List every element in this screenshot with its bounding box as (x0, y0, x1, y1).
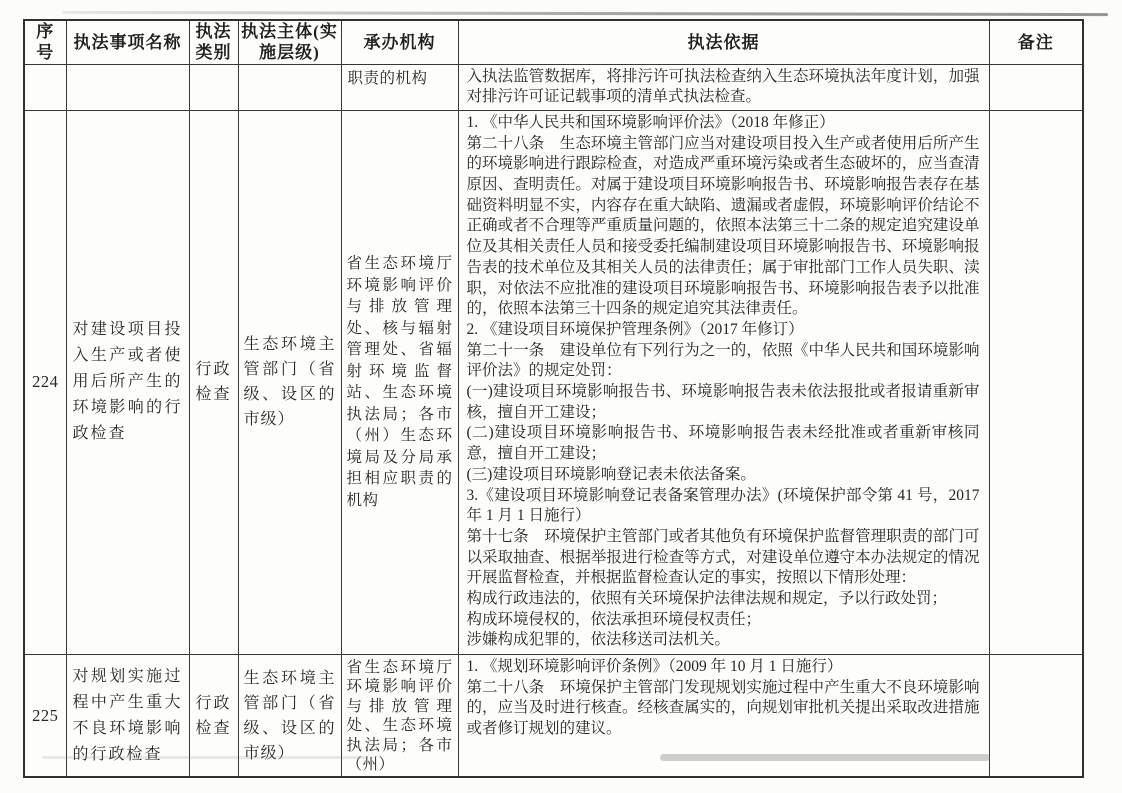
note-cell (989, 110, 1083, 654)
serial-cell (24, 64, 66, 110)
header-matter-name: 执法事项名称 (66, 20, 189, 64)
scanned-page: 序号 执法事项名称 执法类别 执法主体(实施层级) 承办机构 执法依据 备注 职… (0, 0, 1122, 793)
header-row: 序号 执法事项名称 执法类别 执法主体(实施层级) 承办机构 执法依据 备注 (24, 20, 1083, 64)
organ-cell: 职责的机构 (341, 64, 458, 110)
note-cell (989, 64, 1083, 110)
scan-artifact-bottom-smudge (660, 754, 990, 761)
organ-cell: 省生态环境厅环境影响评价与排放管理处、生态环境执法局；各市（州） (341, 654, 458, 777)
header-basis: 执法依据 (458, 20, 989, 64)
category-cell: 行政检查 (189, 654, 238, 777)
table-row-224: 224 对建设项目投入生产或者使用后所产生的环境影响的行政检查 行政检查 生态环… (24, 110, 1083, 654)
subject-cell: 生态环境主管部门（省级、设区的市级） (238, 654, 341, 777)
category-cell: 行政检查 (189, 110, 238, 654)
serial-cell: 224 (24, 110, 66, 654)
name-cell: 对规划实施过程中产生重大不良环境影响的行政检查 (66, 654, 189, 777)
serial-cell: 225 (24, 654, 66, 777)
header-serial: 序号 (24, 20, 66, 64)
organ-cell: 省生态环境厅环境影响评价与排放管理处、核与辐射管理处、省辐射环境监督站、生态环境… (341, 110, 458, 654)
name-cell: 对建设项目投入生产或者使用后所产生的环境影响的行政检查 (66, 110, 189, 654)
scan-artifact-top-line (62, 11, 1108, 16)
name-cell (66, 64, 189, 110)
header-category: 执法类别 (189, 20, 238, 64)
enforcement-items-table: 序号 执法事项名称 执法类别 执法主体(实施层级) 承办机构 执法依据 备注 职… (23, 19, 1084, 778)
header-note: 备注 (989, 20, 1083, 64)
table-row-continuation: 职责的机构 入执法监管数据库，将排污许可执法检查纳入生态环境执法年度计划，加强对… (24, 64, 1083, 110)
subject-cell (238, 64, 341, 110)
note-cell (989, 654, 1083, 777)
header-subject: 执法主体(实施层级) (238, 20, 341, 64)
basis-cell: 1. 《中华人民共和国环境影响评价法》（2018 年修正） 第二十八条 生态环境… (458, 110, 989, 654)
category-cell (189, 64, 238, 110)
basis-cell: 入执法监管数据库，将排污许可执法检查纳入生态环境执法年度计划，加强对排污许可证记… (458, 64, 989, 110)
subject-cell: 生态环境主管部门（省级、设区的市级） (238, 110, 341, 654)
header-organ: 承办机构 (341, 20, 458, 64)
